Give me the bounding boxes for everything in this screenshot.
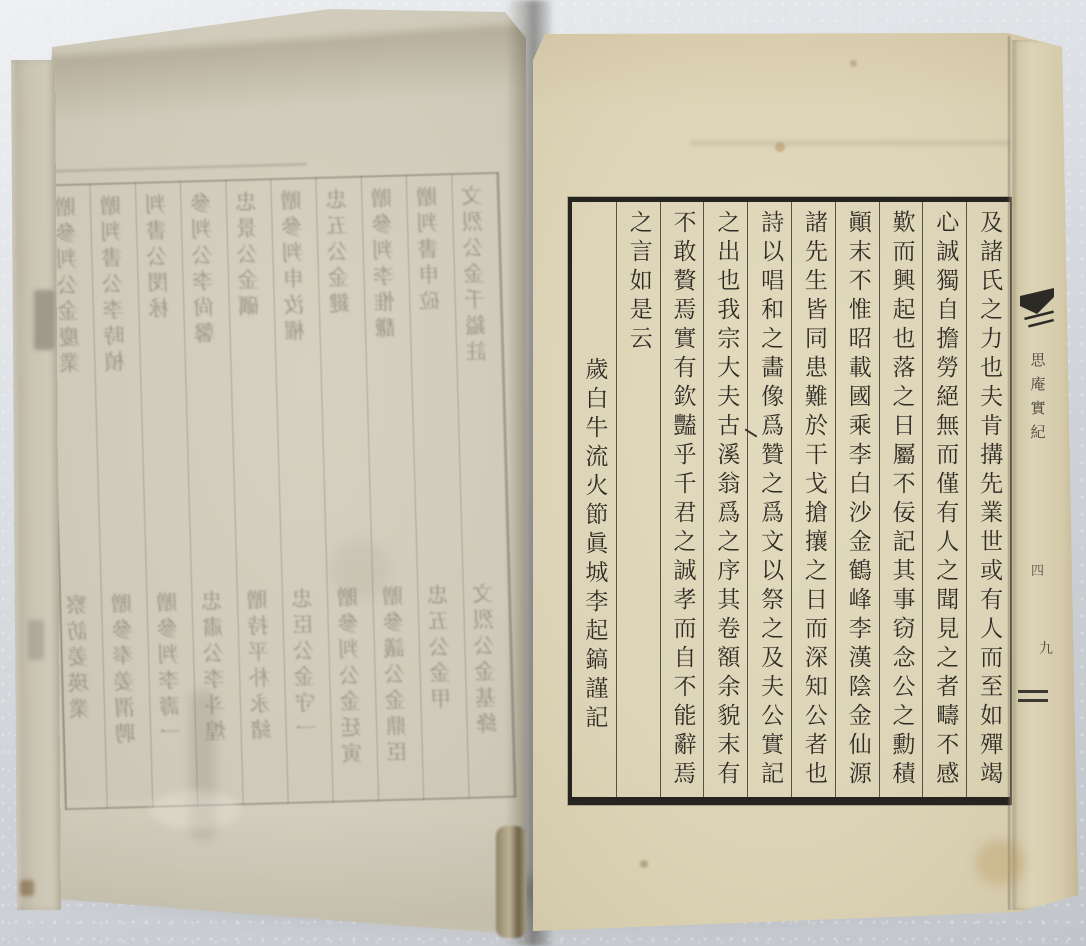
showthrough-column: 判書公閔栐 — [134, 193, 188, 494]
spine-double-rule — [1018, 690, 1048, 702]
right-page-top-tone — [520, 30, 1086, 110]
column-text: 忠景公金礪 — [237, 191, 266, 491]
column-text: 贈參議公金鼎臣 — [383, 585, 410, 791]
edge-print-smudge — [28, 620, 44, 660]
column-text: 贈判書公李時楨 — [101, 194, 130, 494]
text-column: 諸先生皆同患難於干戈搶攘之日而深知公者也 — [791, 202, 835, 797]
text-column: 不敢贅焉實有欽豔乎千君之誠孝而自不能辭焉 — [660, 202, 704, 797]
showthrough-column: 贈持平朴永緒 — [236, 588, 287, 794]
showthrough-ghost-line — [690, 141, 1010, 145]
column-text: 之言如是云 — [627, 210, 650, 797]
column-text: 諸先生皆同患難於干戈搶攘之日而深知公者也 — [802, 210, 825, 797]
column-text: 顚末不惟昭載國乘李白沙金鶴峰李漢陰金仙源 — [846, 210, 869, 797]
column-text: 察訪姜瑛業 — [67, 593, 94, 799]
column-text: 文烈公金基絳 — [474, 582, 501, 788]
showthrough-column: 察訪姜瑛業 — [55, 593, 106, 799]
text-column: 及諸氏之力也夫肯搆先業世或有人而至如殫竭 — [966, 202, 1010, 797]
book-photo: 文烈公金千鎰註贈判書申砬贈參判李惟馦忠五公金鍵贈參判申汝櫂忠景公金礪參判公李尙馨… — [0, 0, 1086, 946]
showthrough-column: 參判公李尙馨 — [179, 191, 233, 492]
showthrough-extra-border — [47, 163, 307, 172]
fishtail-icon — [1020, 288, 1054, 334]
column-text: 文烈公金千鎰註 — [462, 184, 491, 484]
page-number: 九 — [1039, 638, 1053, 658]
spine-volume-label: 四 — [1031, 560, 1044, 579]
showthrough-column: 忠景公金礪 — [224, 190, 278, 491]
showthrough-column: 贈判書公李時楨 — [89, 194, 143, 495]
right-page: 及諸氏之力也夫肯搆先業世或有人而至如殫竭心誠獨自擔勞絕無而僅有人之聞見之者疇不感… — [520, 0, 1086, 946]
showthrough-column: 贈參奉姜渭聘 — [100, 592, 151, 798]
showthrough-block: 文烈公金千鎰註贈判書申砬贈參判李惟馦忠五公金鍵贈參判申汝櫂忠景公金礪參判公李尙馨… — [47, 172, 516, 810]
showthrough-column: 贈參判申汝櫂 — [270, 189, 324, 490]
showthrough-column: 贈參判李壽一 — [145, 591, 196, 797]
showthrough-column: 贈參議公金鼎臣 — [371, 584, 422, 790]
column-text: 贈參判李惟馦 — [372, 187, 401, 487]
spine-title-text: 思庵實紀 — [1030, 352, 1045, 542]
text-column: 歲白牛流火節眞城李起鎬謹記 — [572, 202, 616, 797]
column-text: 忠肅公李斗煌 — [203, 590, 230, 796]
column-text: 之出也我宗大夫古溪翁爲之序其卷額余貌末有 — [714, 210, 737, 797]
column-text: 忠五公金鍵 — [327, 188, 356, 488]
fold-crease — [1008, 36, 1013, 910]
text-column: 顚末不惟昭載國乘李白沙金鶴峰李漢陰金仙源 — [835, 202, 879, 797]
column-text: 參判公李尙馨 — [191, 192, 220, 492]
text-column: 詩以唱和之畵像爲贊之爲文以祭之及夫公實記 — [747, 202, 791, 797]
column-text: 忠五公金甲 — [428, 583, 455, 789]
showthrough-column: 忠臣公金守一 — [281, 587, 332, 793]
showthrough-column: 忠五公金甲 — [416, 583, 467, 789]
text-frame: 及諸氏之力也夫肯搆先業世或有人而至如殫竭心誠獨自擔勞絕無而僅有人之聞見之者疇不感… — [568, 197, 1014, 805]
showthrough-column: 文烈公金千鎰註 — [450, 184, 504, 485]
showthrough-top-row: 文烈公金千鎰註贈判書申砬贈參判李惟馦忠五公金鍵贈參判申汝櫂忠景公金礪參判公李尙馨… — [52, 184, 504, 496]
edge-print-smudge — [34, 290, 54, 350]
text-column: 歎而興起也落之日屬不佞記其事窃念公之勳積 — [879, 202, 923, 797]
showthrough-column: 文烈公金基絳 — [461, 582, 512, 788]
column-text: 判書公閔栐 — [146, 193, 175, 493]
showthrough-column: 贈參判李惟馦 — [360, 186, 414, 487]
showthrough-column: 贈參判公金廷寅 — [326, 586, 377, 792]
column-text: 贈參判公金慶業 — [56, 196, 85, 496]
left-leaf-edges — [11, 60, 61, 910]
stain — [640, 860, 648, 868]
gutter-curl — [496, 826, 526, 938]
column-text: 贈參判公金廷寅 — [338, 586, 365, 792]
showthrough-frame: 文烈公金千鎰註贈判書申砬贈參判李惟馦忠五公金鍵贈參判申汝櫂忠景公金礪參判公李尙馨… — [47, 172, 516, 810]
column-text: 忠臣公金守一 — [293, 587, 320, 793]
left-page-top-crease — [38, 23, 532, 127]
column-text: 贈判書申砬 — [417, 186, 446, 486]
column-text: 贈參判申汝櫂 — [282, 189, 311, 489]
column-text: 不敢贅焉實有欽豔乎千君之誠孝而自不能辭焉 — [671, 210, 694, 797]
wormhole-spot — [20, 880, 34, 896]
spine-title: 思庵實紀 — [1026, 352, 1048, 542]
column-text: 詩以唱和之畵像爲贊之爲文以祭之及夫公實記 — [758, 210, 781, 797]
column-text: 歲白牛流火節眞城李起鎬謹記 — [582, 357, 605, 798]
left-page: 文烈公金千鎰註贈判書申砬贈參判李惟馦忠五公金鍵贈參判申汝櫂忠景公金礪參判公李尙馨… — [0, 0, 560, 946]
column-text: 心誠獨自擔勞絕無而僅有人之聞見之者疇不感 — [933, 210, 956, 797]
column-text: 及諸氏之力也夫肯搆先業世或有人而至如殫竭 — [977, 210, 1000, 797]
showthrough-bottom-row: 文烈公金基絳忠五公金甲贈參議公金鼎臣贈參判公金廷寅忠臣公金守一贈持平朴永緒忠肅公… — [63, 582, 513, 799]
column-text: 贈持平朴永緒 — [248, 588, 275, 794]
showthrough-column: 忠肅公李斗煌 — [190, 589, 241, 795]
text-column: 之出也我宗大夫古溪翁爲之序其卷額余貌末有 — [703, 202, 747, 797]
column-text: 歎而興起也落之日屬不佞記其事窃念公之勳積 — [890, 210, 913, 797]
column-text: 贈參奉姜渭聘 — [112, 592, 139, 798]
showthrough-column: 忠五公金鍵 — [315, 188, 369, 489]
column-text: 贈參判李壽一 — [157, 591, 184, 797]
text-column: 之言如是云 — [616, 202, 660, 797]
showthrough-column: 贈判書申砬 — [405, 185, 459, 486]
text-columns: 及諸氏之力也夫肯搆先業世或有人而至如殫竭心誠獨自擔勞絕無而僅有人之聞見之者疇不感… — [572, 202, 1010, 797]
text-column: 心誠獨自擔勞絕無而僅有人之聞見之者疇不感 — [922, 202, 966, 797]
